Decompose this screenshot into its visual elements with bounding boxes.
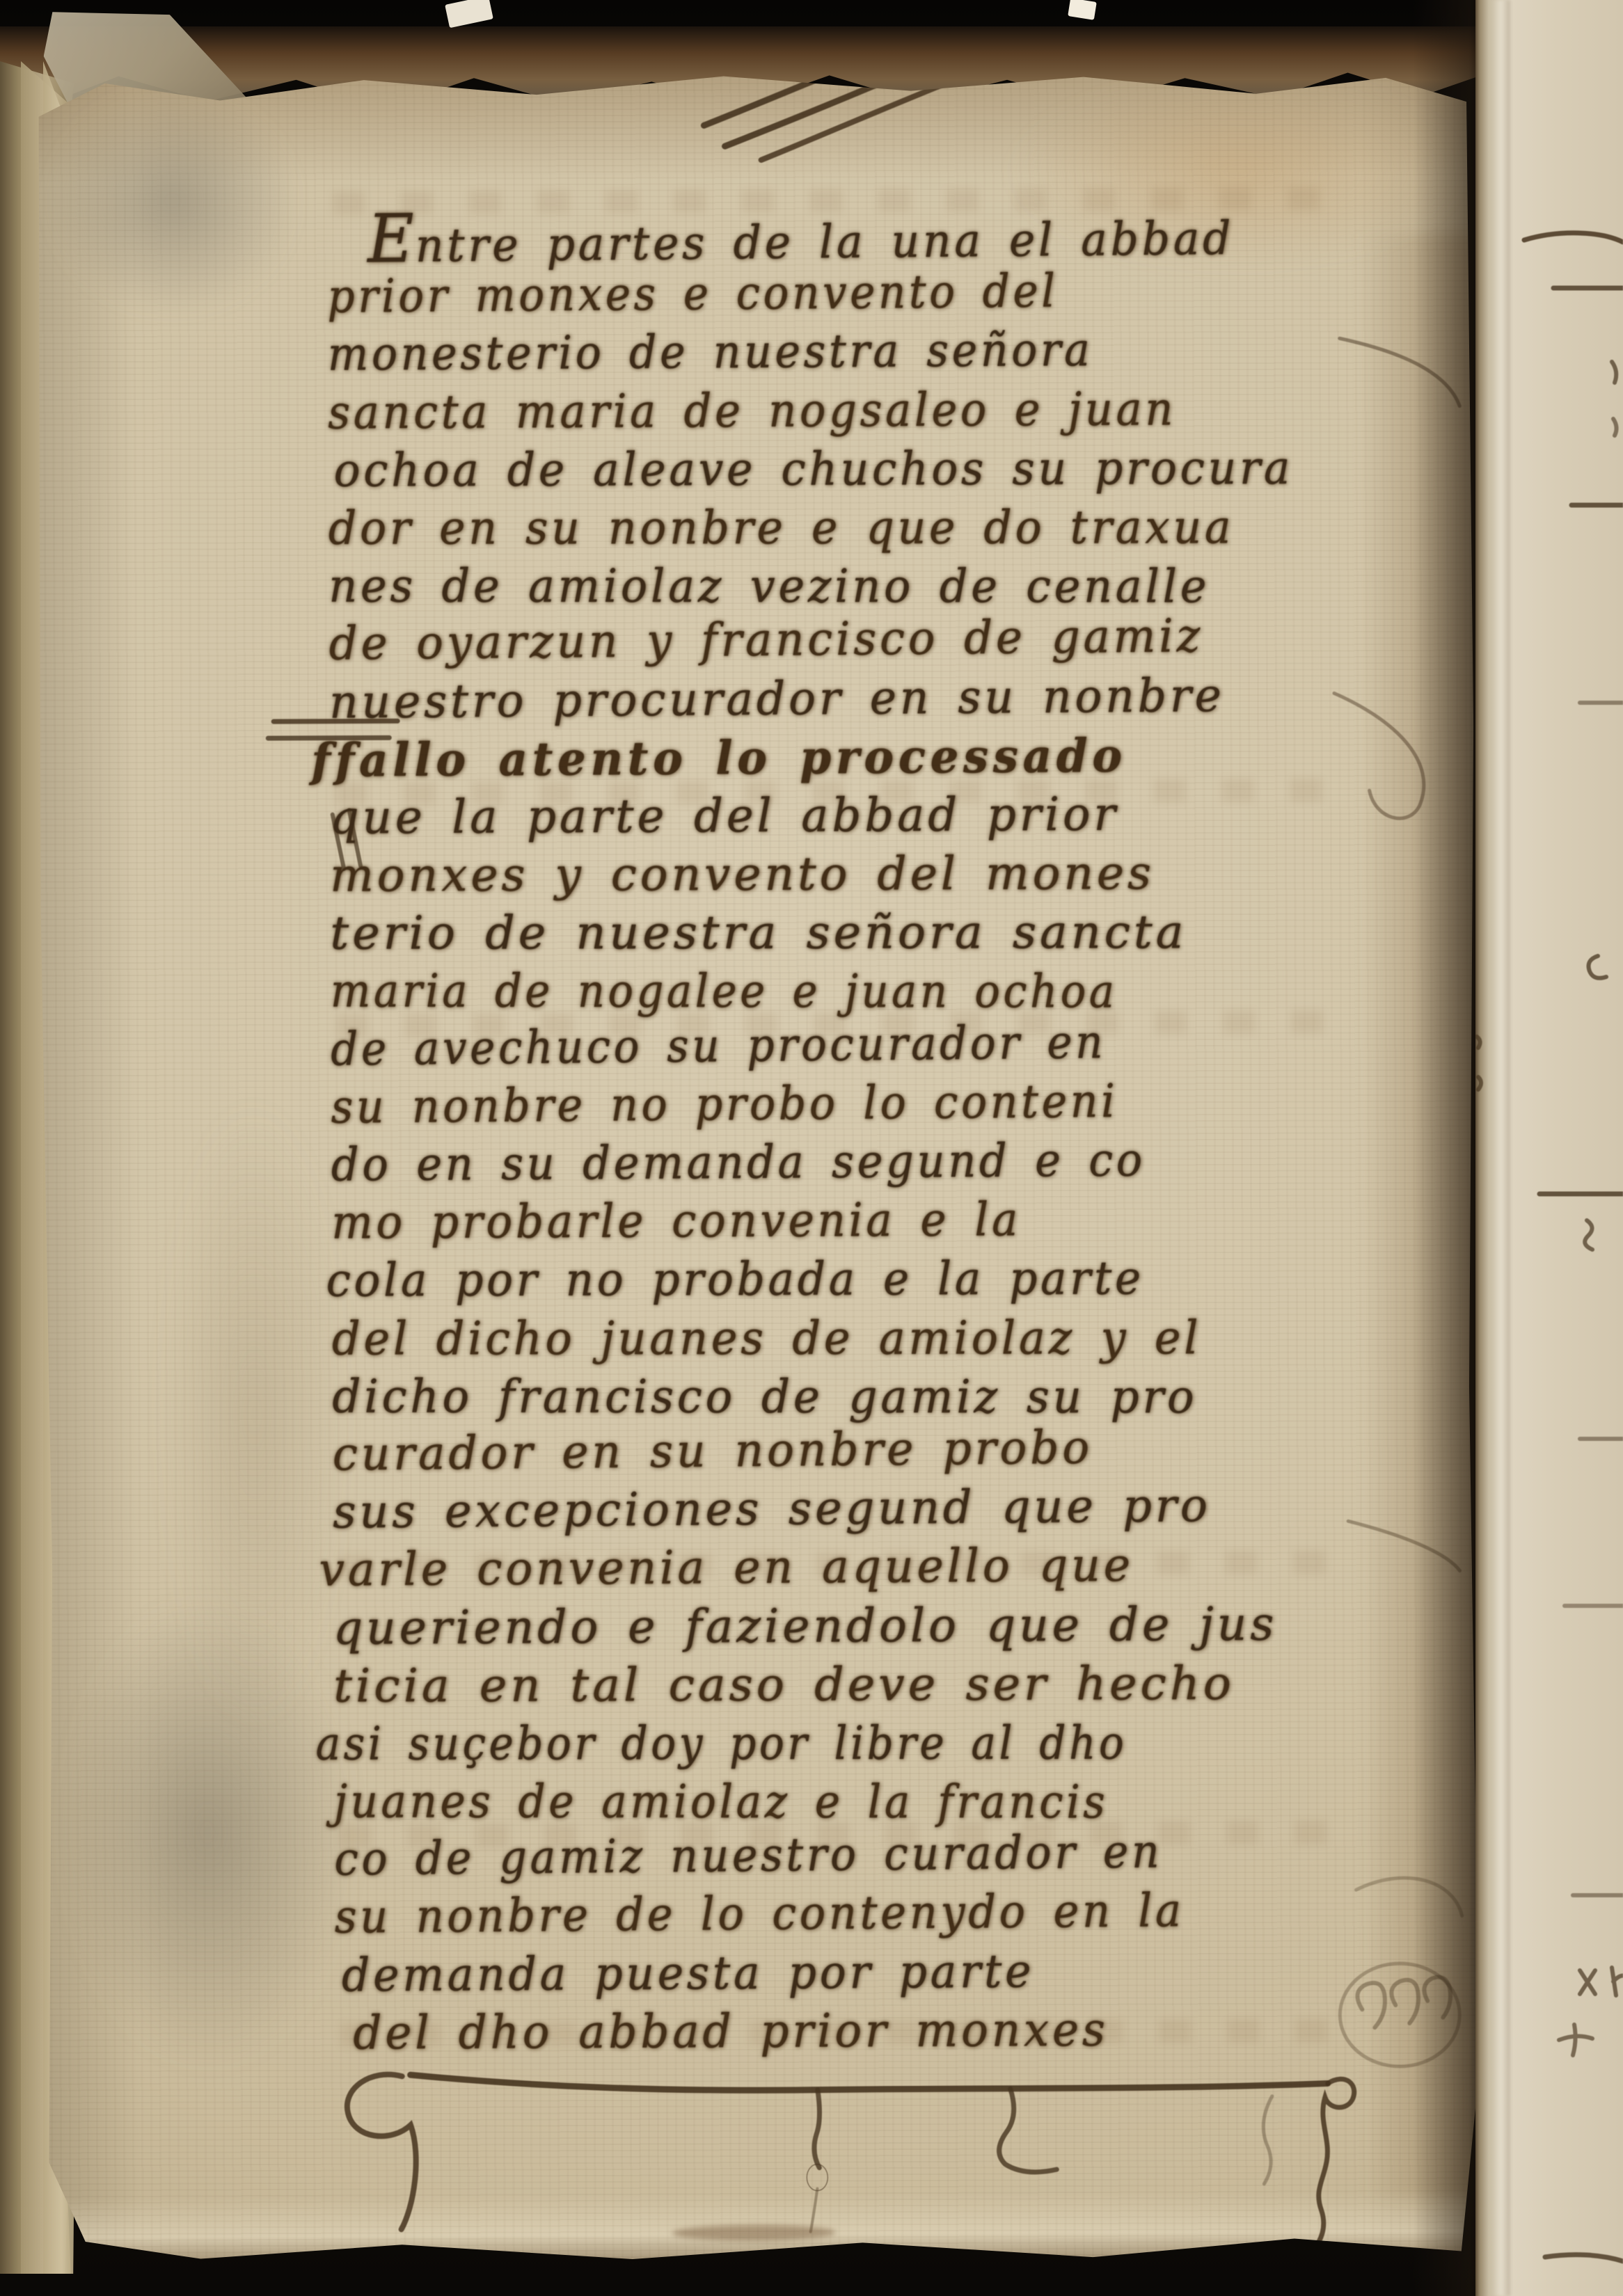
manuscript-line: monesterio de nuestra señora <box>328 320 1316 384</box>
manuscript-line: do en su demanda segund e co <box>331 1131 1327 1195</box>
manuscript-line: monxes y convento del mones <box>330 844 1389 904</box>
manuscript-line: sancta maria de nogsaleo e juan <box>328 380 1324 442</box>
manuscript-line: Entre partes de la una el abbad <box>367 201 1340 268</box>
manuscript-line: nuestro procurador en su nonbre <box>329 666 1364 731</box>
manuscript-line: ochoa de aleave chuchos su procura <box>333 439 1338 500</box>
adjacent-page <box>1475 0 1623 2296</box>
page-crease <box>1492 0 1510 2296</box>
manuscript-line: dor en su nonbre e que do traxua <box>328 499 1340 558</box>
manuscript-line: cola por no probada e la parte <box>326 1250 1338 1310</box>
gutter-shadow <box>1413 0 1479 2296</box>
manuscript-line: ticia en tal caso deve ser hecho <box>333 1655 1400 1715</box>
manuscript-line: co de gamiz nuestro curador en <box>334 1822 1322 1890</box>
manuscript-line: mo probarle convenia e la <box>331 1190 1336 1252</box>
paper-stain <box>61 1595 355 2070</box>
manuscript-photograph: Entre partes de la una el abbad prior mo… <box>0 0 1623 2296</box>
paper-stain <box>163 1101 347 1728</box>
text-block: Entre partes de la una el abbad prior mo… <box>327 206 1393 2063</box>
manuscript-line: prior monxes e convento del <box>327 261 1307 326</box>
manuscript-line: de oyarzun y francisco de gamiz <box>328 606 1356 673</box>
manuscript-line: queriendo e faziendolo que de jus <box>333 1595 1393 1658</box>
manuscript-line: del dicho juanes de amiolaz y el <box>332 1309 1351 1369</box>
manuscript-line: asi suçebor doy por libre al dho <box>316 1714 1288 1773</box>
manuscript-line: sus excepciones segund que pro <box>333 1476 1376 1541</box>
manuscript-line: curador en su nonbre probo <box>332 1417 1367 1484</box>
manuscript-line: su nonbre de lo contenydo en la <box>334 1881 1330 1947</box>
manuscript-page: Entre partes de la una el abbad prior mo… <box>33 67 1482 2273</box>
manuscript-line: del dho abbad prior monxes <box>353 2000 1365 2063</box>
manuscript-line: varle convenia en aquello que <box>319 1536 1370 1600</box>
manuscript-line: terio de nuestra señora sancta <box>330 904 1396 963</box>
manuscript-line: ffallo atento lo processado <box>311 726 1354 790</box>
manuscript-line: de avechuco su procurador en <box>331 1012 1311 1078</box>
manuscript-line: que la parte del abbad prior <box>330 785 1381 847</box>
paper-stain <box>47 86 298 317</box>
closing-flourish <box>306 2043 1392 2270</box>
manuscript-line: demanda puesta por parte <box>342 1941 1346 2005</box>
manuscript-line: su nonbre no probo lo conteni <box>331 1071 1319 1137</box>
ink-smudge <box>672 2225 836 2241</box>
